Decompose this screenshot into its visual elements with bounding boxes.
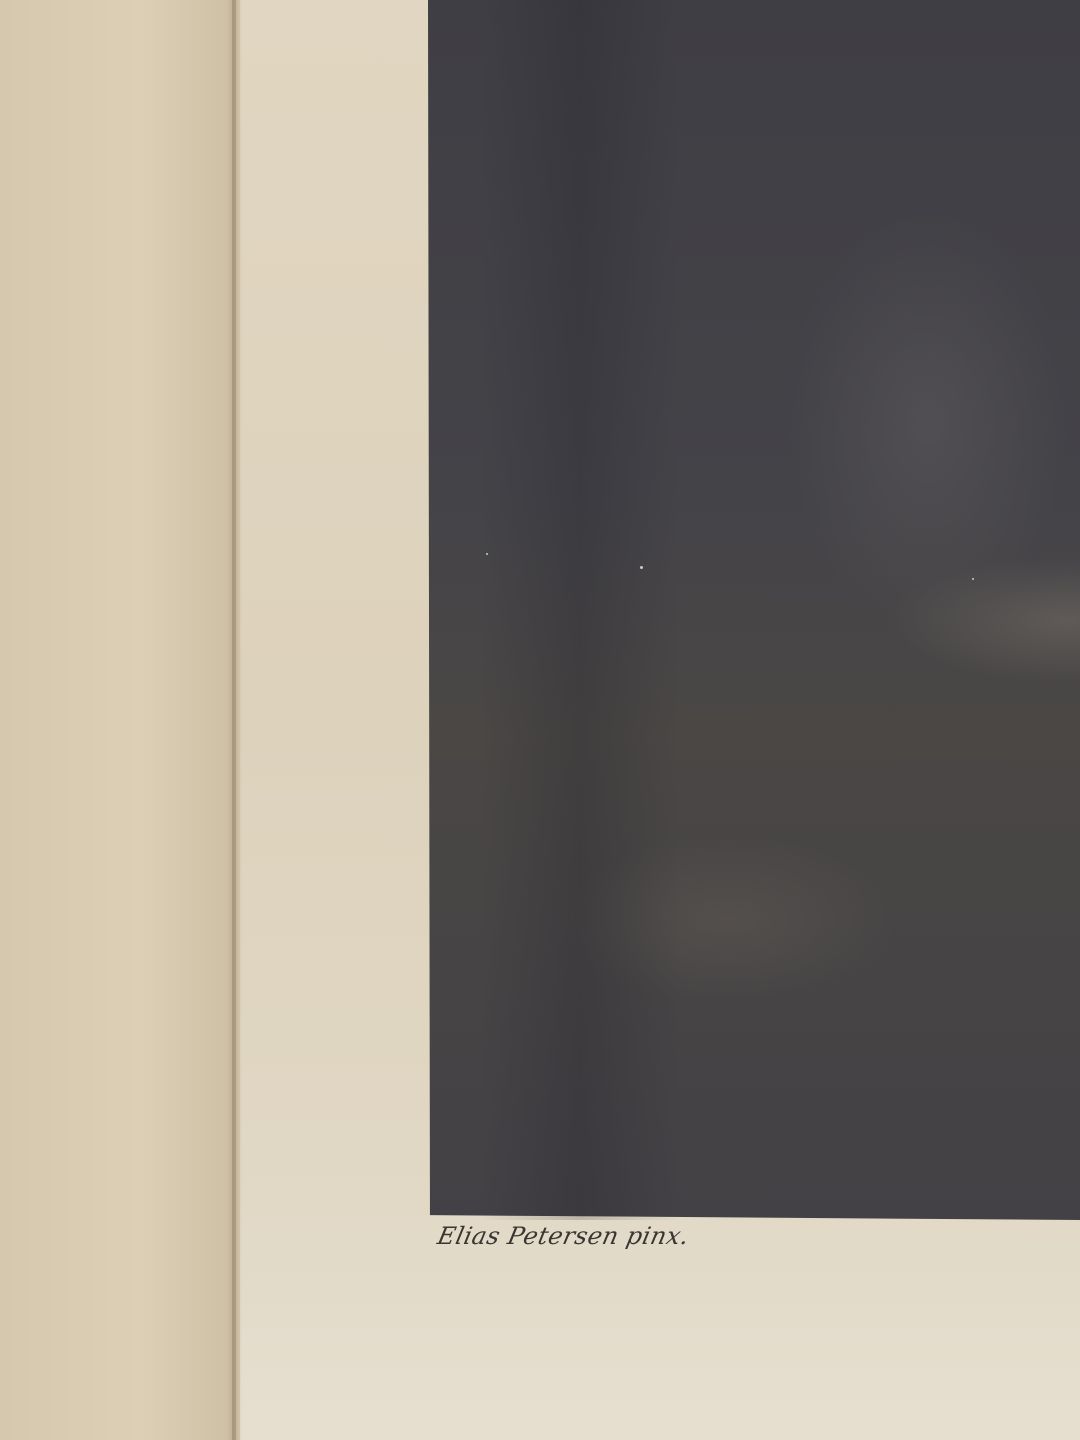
- artist-signature: Elias Petersen pinx.: [435, 1222, 692, 1250]
- paper-speck: [486, 553, 488, 555]
- paper-speck: [640, 566, 643, 569]
- plate-shading: [480, 0, 680, 1220]
- fold-shadow: [232, 0, 242, 1440]
- left-paper-sheet: [0, 0, 236, 1440]
- paper-speck: [972, 578, 974, 580]
